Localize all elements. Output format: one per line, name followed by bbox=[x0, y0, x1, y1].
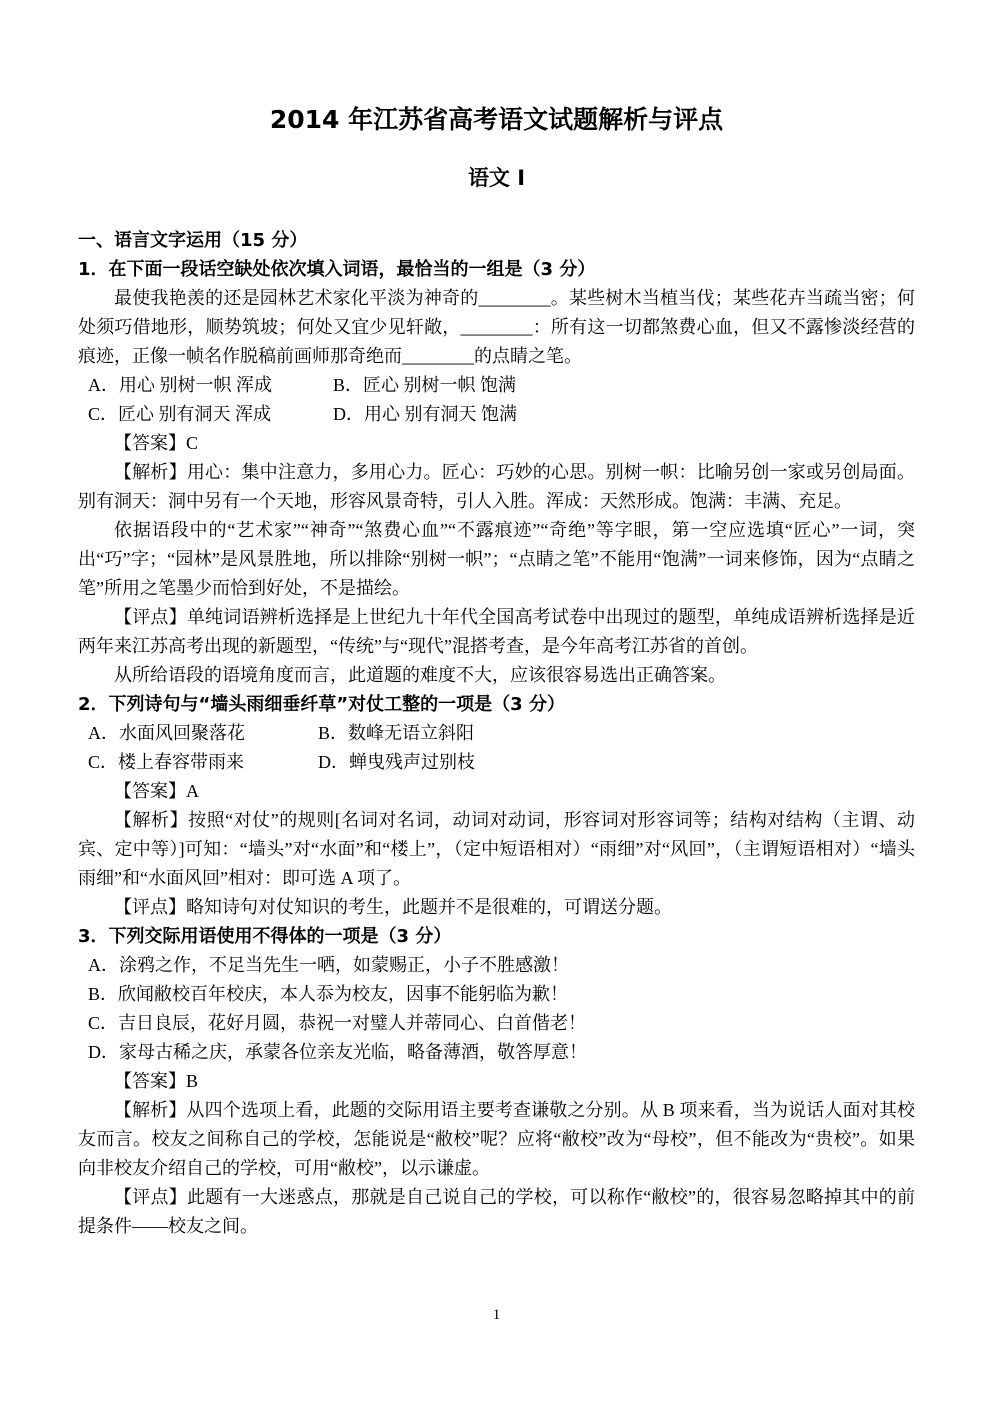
q1-heading: 1．在下面一段话空缺处依次填入词语，最恰当的一组是（3 分） bbox=[78, 255, 915, 284]
q3-comment: 【评点】此题有一大迷惑点，那就是自己说自己的学校，可以称作“敝校”的，很容易忽略… bbox=[78, 1183, 915, 1241]
q2-comment: 【评点】略知诗句对仗知识的考生，此题并不是很难的，可谓送分题。 bbox=[78, 893, 915, 922]
doc-title: 2014 年江苏省高考语文试题解析与评点 bbox=[78, 104, 915, 136]
q2-options: A．水面风回聚落花 B．数峰无语立斜阳 C．楼上春容带雨来 D．蝉曳残声过别枝 bbox=[78, 719, 915, 777]
q1-analysis: 【解析】用心：集中注意力，多用心力。匠心：巧妙的心思。别树一帜：比喻另创一家或另… bbox=[78, 458, 915, 516]
q1-option-a: A．用心 别树一帜 浑成 bbox=[88, 371, 333, 400]
q2-analysis: 【解析】按照“对仗”的规则[名词对名词，动词对动词，形容词对形容词等；结构对结构… bbox=[78, 806, 915, 893]
q1-analysis-2: 依据语段中的“艺术家”“神奇”“煞费心血”“不露痕迹”“奇绝”等字眼，第一空应选… bbox=[78, 516, 915, 603]
q1-option-d: D．用心 别有洞天 饱满 bbox=[333, 400, 915, 429]
page-number: 1 bbox=[0, 1306, 993, 1324]
q3-option-b: B．欣闻敝校百年校庆，本人忝为校友，因事不能躬临为歉！ bbox=[88, 980, 915, 1009]
q3-option-d: D．家母古稀之庆，承蒙各位亲友光临，略备薄酒，敬答厚意！ bbox=[88, 1038, 915, 1067]
doc-subtitle: 语文 Ⅰ bbox=[78, 164, 915, 192]
section-heading: 一、语言文字运用（15 分） bbox=[78, 226, 915, 255]
q1-passage: 最使我艳羡的还是园林艺术家化平淡为神奇的________。某些树木当植当伐；某些… bbox=[78, 284, 915, 371]
q1-option-b: B．匠心 别树一帜 饱满 bbox=[333, 371, 915, 400]
q3-analysis: 【解析】从四个选项上看，此题的交际用语主要考查谦敬之分别。从 B 项来看，当为说… bbox=[78, 1096, 915, 1183]
q1-comment-2: 从所给语段的语境角度而言，此道题的难度不大，应该很容易选出正确答案。 bbox=[78, 661, 915, 690]
q1-answer: 【答案】C bbox=[78, 429, 915, 458]
q3-option-a: A．涂鸦之作，不足当先生一哂，如蒙赐正，小子不胜感激！ bbox=[88, 951, 915, 980]
q3-answer: 【答案】B bbox=[78, 1067, 915, 1096]
document-page: 2014 年江苏省高考语文试题解析与评点 语文 Ⅰ 一、语言文字运用（15 分）… bbox=[0, 0, 993, 1404]
q2-option-d: D．蝉曳残声过别枝 bbox=[318, 748, 915, 777]
q2-answer: 【答案】A bbox=[78, 777, 915, 806]
q2-heading: 2．下列诗句与“墙头雨细垂纤草”对仗工整的一项是（3 分） bbox=[78, 690, 915, 719]
q1-options: A．用心 别树一帜 浑成 B．匠心 别树一帜 饱满 C．匠心 别有洞天 浑成 D… bbox=[78, 371, 915, 429]
q3-heading: 3．下列交际用语使用不得体的一项是（3 分） bbox=[78, 922, 915, 951]
q3-option-c: C．吉日良辰，花好月圆，恭祝一对璧人并蒂同心、白首偕老！ bbox=[88, 1009, 915, 1038]
q3-options: A．涂鸦之作，不足当先生一哂，如蒙赐正，小子不胜感激！ B．欣闻敝校百年校庆，本… bbox=[78, 951, 915, 1067]
q2-option-b: B．数峰无语立斜阳 bbox=[318, 719, 915, 748]
q1-option-c: C．匠心 别有洞天 浑成 bbox=[88, 400, 333, 429]
q2-option-c: C．楼上春容带雨来 bbox=[88, 748, 318, 777]
q1-comment: 【评点】单纯词语辨析选择是上世纪九十年代全国高考试卷中出现过的题型，单纯成语辨析… bbox=[78, 603, 915, 661]
q2-option-a: A．水面风回聚落花 bbox=[88, 719, 318, 748]
